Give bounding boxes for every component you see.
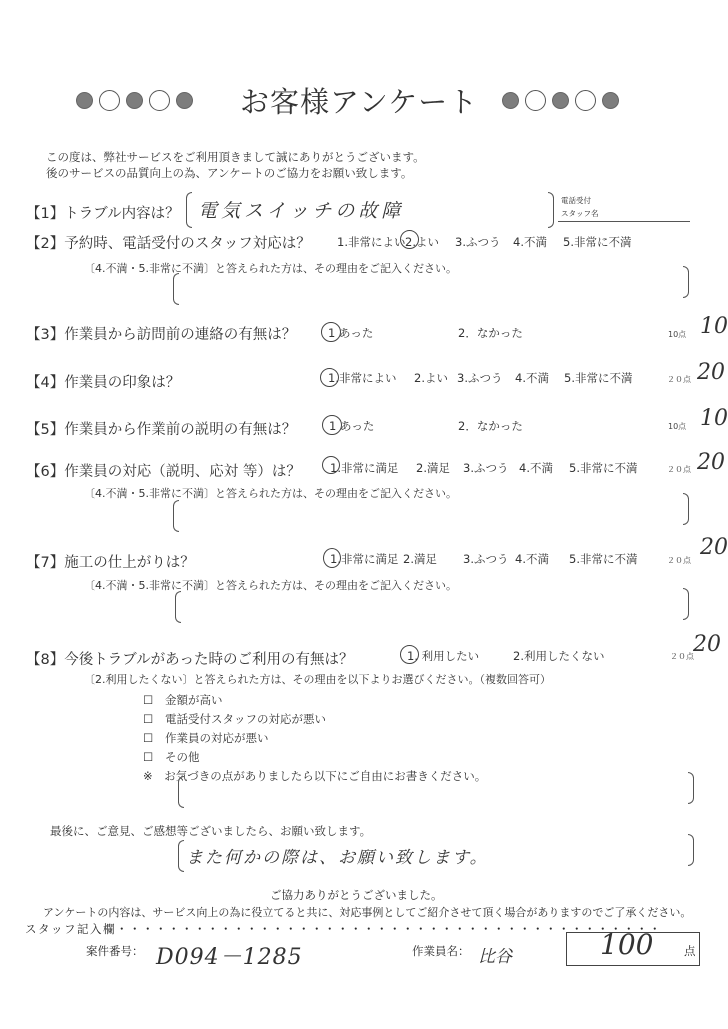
q3-score[interactable]: 10 <box>700 314 728 339</box>
q8-score[interactable]: 20 <box>693 632 721 657</box>
final-bracket-left <box>178 840 184 872</box>
q7-reason-field[interactable] <box>184 594 684 616</box>
q6-option-4[interactable]: 4.不満 <box>519 460 553 476</box>
q2-bracket-right <box>683 266 689 298</box>
q8-note-bracket-right <box>688 772 694 804</box>
checkbox-label: その他 <box>165 750 200 764</box>
filled-circle-icon <box>126 92 143 109</box>
q7-points-label: ２０点 <box>667 555 691 566</box>
decorative-dots-right <box>502 90 619 111</box>
filled-circle-icon <box>602 92 619 109</box>
intro-line-1: この度は、弊社サービスをご利用頂きまして誠にありがとうございます。 <box>46 149 425 165</box>
q4-label: 【4】作業員の印象は？ <box>26 371 180 392</box>
q7-reason-prompt: 〔4.不満・5.非常に不満〕と答えられた方は、その理由をご記入ください。 <box>84 577 457 593</box>
q2-option-4[interactable]: 4.不満 <box>513 234 547 250</box>
q8-checkbox-item[interactable]: ☐ その他 <box>143 749 199 765</box>
worker-name-label: 作業員名： <box>412 943 470 959</box>
q2-option-5[interactable]: 5.非常に不満 <box>563 234 631 250</box>
final-bracket-right <box>688 834 694 866</box>
survey-header: お客様アンケート <box>0 80 728 120</box>
q1-staff-label-2: スタッフ名 <box>561 208 599 219</box>
filled-circle-icon <box>176 92 193 109</box>
checkbox-label: 作業員の対応が悪い <box>165 731 269 745</box>
q1-bracket-right <box>548 192 554 228</box>
case-number-label: 案件番号： <box>86 943 144 959</box>
q7-option-4[interactable]: 4.不満 <box>515 551 549 567</box>
q6-bracket-right <box>683 493 689 525</box>
q8-checkbox-item[interactable]: ☐ 作業員の対応が悪い <box>143 730 268 746</box>
q8-option-1[interactable]: 1. 利用したい <box>407 648 479 664</box>
q7-option-5[interactable]: 5.非常に不満 <box>569 551 637 567</box>
q6-option-5[interactable]: 5.非常に不満 <box>569 460 637 476</box>
total-score-field[interactable]: 100 <box>600 928 653 961</box>
q1-answer-field[interactable]: 電気スイッチの故障 <box>198 196 404 223</box>
q4-option-3[interactable]: 3.ふつう <box>457 370 502 386</box>
worker-name-field[interactable]: 比谷 <box>478 942 512 967</box>
q8-option-2[interactable]: 2.利用したくない <box>513 648 604 664</box>
q7-option-1[interactable]: 1.非常に満足 <box>330 551 398 567</box>
points-unit-label: 点 <box>684 943 696 959</box>
q6-label: 【6】作業員の対応（説明、応対 等）は？ <box>26 460 301 481</box>
checkbox-label: 金額が高い <box>165 693 223 707</box>
q5-points-label: 10点 <box>668 421 686 432</box>
q5-label: 【5】作業員から作業前の説明の有無は？ <box>26 418 296 439</box>
q3-label: 【3】作業員から訪問前の連絡の有無は？ <box>26 323 296 344</box>
q5-score[interactable]: 10 <box>700 406 728 431</box>
q8-checkbox-item[interactable]: ☐ 金額が高い <box>143 692 222 708</box>
q3-points-label: 10点 <box>668 329 686 340</box>
q4-option-4[interactable]: 4.不満 <box>515 370 549 386</box>
q4-score[interactable]: 20 <box>697 360 725 385</box>
q1-staff-name-line[interactable] <box>558 221 690 222</box>
disclaimer-text: アンケートの内容は、サービス向上の為に役立てると共に、対応事例としてご紹介させて… <box>43 904 691 920</box>
q2-option-1[interactable]: 1.非常によい <box>337 234 405 250</box>
checkbox-empty-icon[interactable]: ☐ <box>143 712 153 726</box>
q1-label: 【1】トラブル内容は？ <box>26 202 180 223</box>
q1-bracket-left <box>186 192 192 228</box>
empty-circle-icon <box>99 90 120 111</box>
filled-circle-icon <box>76 92 93 109</box>
filled-circle-icon <box>552 92 569 109</box>
q4-option-1[interactable]: 1.非常によい <box>328 370 396 386</box>
q2-option-3[interactable]: 3.ふつう <box>455 234 500 250</box>
intro-line-2: 後のサービスの品質向上の為、アンケートのご協力をお願い致します。 <box>46 165 412 181</box>
q8-checkbox-item[interactable]: ☐ 電話受付スタッフの対応が悪い <box>143 711 326 727</box>
q3-option-1[interactable]: 1 あった <box>328 325 373 341</box>
q8-points-label: ２０点 <box>670 651 694 662</box>
q6-score[interactable]: 20 <box>697 450 725 475</box>
checkbox-empty-icon[interactable]: ☐ <box>143 750 153 764</box>
q7-bracket-right <box>683 588 689 620</box>
q6-option-2[interactable]: 2.満足 <box>416 460 450 476</box>
q8-label: 【8】今後トラブルがあった時のご利用の有無は？ <box>26 648 354 669</box>
final-comment-field[interactable]: また何かの際は、お願い致します。 <box>186 843 489 868</box>
q6-option-3[interactable]: 3.ふつう <box>463 460 508 476</box>
q6-points-label: ２０点 <box>667 464 691 475</box>
q2-bracket-left <box>173 273 179 305</box>
q2-reason-prompt: 〔4.不満・5.非常に不満〕と答えられた方は、その理由をご記入ください。 <box>84 260 457 276</box>
checkbox-empty-icon[interactable]: ☐ <box>143 693 153 707</box>
final-comment-prompt: 最後に、ご意見、ご感想等ございましたら、お願い致します。 <box>50 823 371 839</box>
q7-score[interactable]: 20 <box>700 535 728 560</box>
q7-option-2[interactable]: 2.満足 <box>403 551 437 567</box>
q4-points-label: ２０点 <box>667 374 691 385</box>
q8-note-field[interactable] <box>186 780 686 802</box>
filled-circle-icon <box>502 92 519 109</box>
q2-reason-field[interactable] <box>182 278 682 300</box>
reference-mark-icon: ※ <box>143 769 153 783</box>
q6-option-1[interactable]: 1.非常に満足 <box>330 460 398 476</box>
case-number-field[interactable]: D094－1285 <box>156 940 303 971</box>
q8-reason-prompt: 〔2.利用したくない〕と答えられた方は、その理由を以下よりお選びください。（複数… <box>84 671 551 687</box>
thanks-text: ご協力ありがとうございました。 <box>270 887 443 903</box>
q8-note-bracket-left <box>178 776 184 808</box>
empty-circle-icon <box>149 90 170 111</box>
q3-option-2[interactable]: 2．なかった <box>458 325 523 341</box>
q2-label: 【2】予約時、電話受付のスタッフ対応は？ <box>26 232 311 253</box>
empty-circle-icon <box>575 90 596 111</box>
q4-option-5[interactable]: 5.非常に不満 <box>564 370 632 386</box>
q7-label: 【7】施工の仕上がりは？ <box>26 551 195 572</box>
q6-reason-prompt: 〔4.不満・5.非常に不満〕と答えられた方は、その理由をご記入ください。 <box>84 485 457 501</box>
checkbox-label: 電話受付スタッフの対応が悪い <box>165 712 326 726</box>
q7-option-3[interactable]: 3.ふつう <box>463 551 508 567</box>
q6-bracket-left <box>173 500 179 532</box>
decorative-dots-left <box>76 90 193 111</box>
page-title: お客様アンケート <box>240 80 478 121</box>
q2-selected-circle <box>400 230 419 249</box>
q4-option-2[interactable]: 2.よい <box>414 370 448 386</box>
q1-staff-label-1: 電話受付 <box>561 195 591 206</box>
q7-bracket-left <box>175 591 181 623</box>
checkbox-empty-icon[interactable]: ☐ <box>143 731 153 745</box>
q5-option-2[interactable]: 2．なかった <box>458 418 523 434</box>
q6-reason-field[interactable] <box>182 503 682 525</box>
empty-circle-icon <box>525 90 546 111</box>
q5-option-1[interactable]: 1 あった <box>329 418 374 434</box>
